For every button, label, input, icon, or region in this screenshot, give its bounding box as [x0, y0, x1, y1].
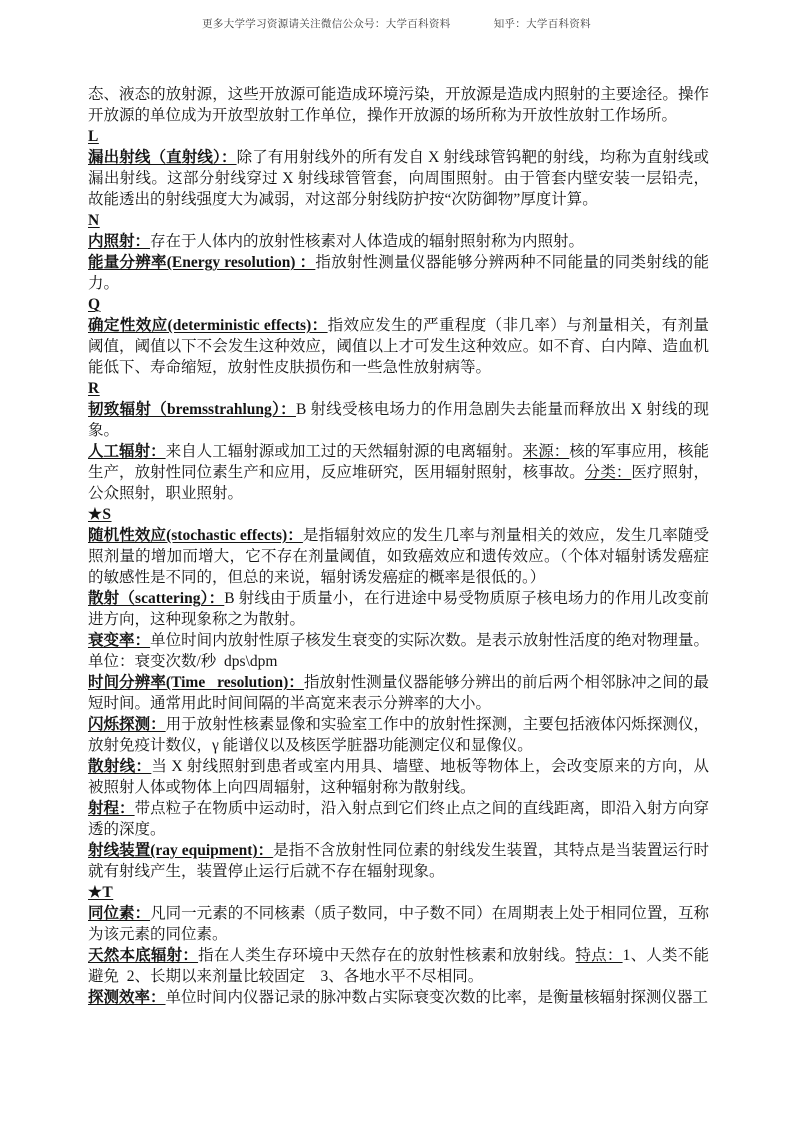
- glossary-entry: 探测效率：单位时间内仪器记录的脉冲数占实际衰变次数的比率，是衡量核辐射探测仪器工: [88, 987, 709, 1008]
- glossary-entry: 韧致辐射（bremsstrahlung）：B 射线受核电场力的作用急剧失去能量而…: [88, 399, 709, 441]
- glossary-term: ★S: [88, 506, 112, 523]
- definition-text: 带点粒子在物质中运动时，沿入射点到它们终止点之间的直线距离，即沿入射方向穿透的深…: [88, 800, 709, 838]
- glossary-term: Q: [88, 296, 101, 313]
- glossary-term: 能量分辨率(Energy resolution) ：: [88, 254, 315, 271]
- glossary-term: 韧致辐射（bremsstrahlung）：: [88, 401, 296, 418]
- document-page: 更多大学学习资源请关注微信公众号：大学百科资料 知乎：大学百科资料 态、液态的放…: [0, 0, 793, 1122]
- definition-text: 用于放射性核素显像和实验室工作中的放射性探测，主要包括液体闪烁探测仪，放射免疫计…: [88, 716, 709, 754]
- glossary-term: 探测效率：: [88, 989, 166, 1006]
- definition-text: 单位时间内放射性原子核发生衰变的实际次数。是表示放射性活度的绝对物理量。单位：衰…: [88, 632, 709, 670]
- glossary-term: 散射（scattering）：: [88, 590, 224, 607]
- glossary-entry: 态、液态的放射源，这些开放源可能造成环境污染，开放源是造成内照射的主要途径。操作…: [88, 84, 709, 126]
- inline-subterm: 分类：: [585, 464, 632, 481]
- glossary-body: 态、液态的放射源，这些开放源可能造成环境污染，开放源是造成内照射的主要途径。操作…: [88, 84, 709, 1008]
- glossary-entry: 漏出射线（直射线）：除了有用射线外的所有发自 X 射线球管钨靶的射线，均称为直射…: [88, 147, 709, 210]
- letter-heading: N: [88, 210, 709, 231]
- glossary-entry: 时间分辨率(Time resolution)：指放射性测量仪器能够分辨出的前后两…: [88, 672, 709, 714]
- glossary-term: 漏出射线（直射线）：: [88, 149, 237, 166]
- glossary-term: R: [88, 380, 100, 397]
- definition-text: 来自人工辐射源或加工过的天然辐射源的电离辐射。: [166, 443, 523, 460]
- glossary-entry: 人工辐射：来自人工辐射源或加工过的天然辐射源的电离辐射。来源：核的军事应用，核能…: [88, 441, 709, 504]
- glossary-entry: 闪烁探测：用于放射性核素显像和实验室工作中的放射性探测，主要包括液体闪烁探测仪，…: [88, 714, 709, 756]
- glossary-entry: 内照射：存在于人体内的放射性核素对人体造成的辐射照射称为内照射。: [88, 231, 709, 252]
- glossary-term: 衰变率：: [88, 632, 150, 649]
- letter-heading: L: [88, 126, 709, 147]
- glossary-term: 时间分辨率(Time resolution)：: [88, 674, 304, 691]
- definition-text: 指在人类生存环境中天然存在的放射性核素和放射线。: [198, 947, 575, 964]
- glossary-entry: 随机性效应(stochastic effects)：是指辐射效应的发生几率与剂量…: [88, 525, 709, 588]
- glossary-entry: 天然本底辐射：指在人类生存环境中天然存在的放射性核素和放射线。特点：1、人类不能…: [88, 945, 709, 987]
- glossary-term: 随机性效应(stochastic effects)：: [88, 527, 303, 544]
- glossary-term: 射程：: [88, 800, 135, 817]
- page-header-note: 更多大学学习资源请关注微信公众号：大学百科资料 知乎：大学百科资料: [0, 16, 793, 31]
- glossary-entry: 能量分辨率(Energy resolution) ：指放射性测量仪器能够分辨两种…: [88, 252, 709, 294]
- letter-heading: ★S: [88, 504, 709, 525]
- inline-subterm: 特点：: [575, 947, 622, 964]
- definition-text: 单位时间内仪器记录的脉冲数占实际衰变次数的比率，是衡量核辐射探测仪器工: [166, 989, 709, 1006]
- definition-text: 存在于人体内的放射性核素对人体造成的辐射照射称为内照射。: [150, 233, 584, 250]
- glossary-entry: 射线装置(ray equipment)：是指不含放射性同位素的射线发生装置，其特…: [88, 840, 709, 882]
- glossary-entry: 散射线：当 X 射线照射到患者或室内用具、墙壁、地板等物体上，会改变原来的方向，…: [88, 756, 709, 798]
- glossary-entry: 衰变率：单位时间内放射性原子核发生衰变的实际次数。是表示放射性活度的绝对物理量。…: [88, 630, 709, 672]
- glossary-entry: 确定性效应(deterministic effects)：指效应发生的严重程度（…: [88, 315, 709, 378]
- glossary-term: ★T: [88, 884, 113, 901]
- glossary-term: 散射线：: [88, 758, 151, 775]
- glossary-term: 同位素：: [88, 905, 150, 922]
- glossary-entry: 同位素：凡同一元素的不同核素（质子数同，中子数不同）在周期表上处于相同位置，互称…: [88, 903, 709, 945]
- glossary-term: N: [88, 212, 100, 229]
- glossary-term: 内照射：: [88, 233, 150, 250]
- definition-text: 当 X 射线照射到患者或室内用具、墙壁、地板等物体上，会改变原来的方向，从被照射…: [88, 758, 709, 796]
- definition-text: 态、液态的放射源，这些开放源可能造成环境污染，开放源是造成内照射的主要途径。操作…: [88, 86, 709, 124]
- letter-heading: R: [88, 378, 709, 399]
- glossary-term: 人工辐射：: [88, 443, 166, 460]
- glossary-term: 闪烁探测：: [88, 716, 166, 733]
- glossary-term: 射线装置(ray equipment)：: [88, 842, 273, 859]
- glossary-term: 天然本底辐射：: [88, 947, 198, 964]
- glossary-term: L: [88, 128, 99, 145]
- inline-subterm: 来源：: [523, 443, 570, 460]
- definition-text: 凡同一元素的不同核素（质子数同，中子数不同）在周期表上处于相同位置，互称为该元素…: [88, 905, 709, 943]
- glossary-entry: 散射（scattering）：B 射线由于质量小，在行进途中易受物质原子核电场力…: [88, 588, 709, 630]
- letter-heading: Q: [88, 294, 709, 315]
- glossary-term: 确定性效应(deterministic effects)：: [88, 317, 328, 334]
- letter-heading: ★T: [88, 882, 709, 903]
- glossary-entry: 射程：带点粒子在物质中运动时，沿入射点到它们终止点之间的直线距离，即沿入射方向穿…: [88, 798, 709, 840]
